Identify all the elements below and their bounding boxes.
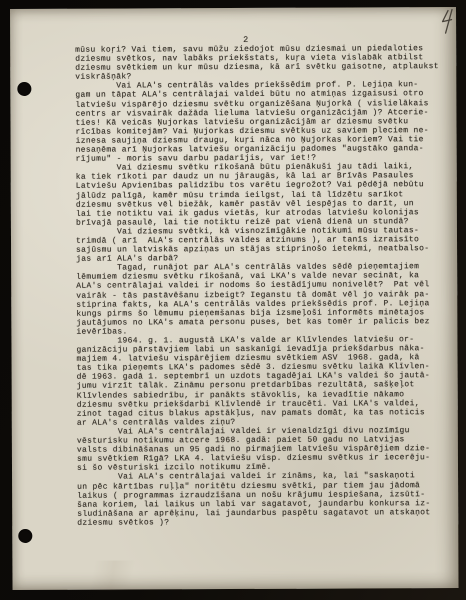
punch-hole-top [17,82,31,96]
typewritten-text: mūsu koŗi? Vai tiem, savu mūžu ziedojot … [75,44,441,528]
scanned-document-photo: { "page": { "handwritten_number": "4", "… [0,0,466,600]
paper-crease [12,560,212,591]
handwritten-4-glyph [439,8,457,36]
document-page: 4 2 mūsu koŗi? Vai tiem, savu mūžu ziedo… [10,7,459,590]
typed-page-number: 2 [243,35,248,45]
punch-hole-bottom [18,529,32,543]
handwritten-page-number: 4 [439,8,457,36]
